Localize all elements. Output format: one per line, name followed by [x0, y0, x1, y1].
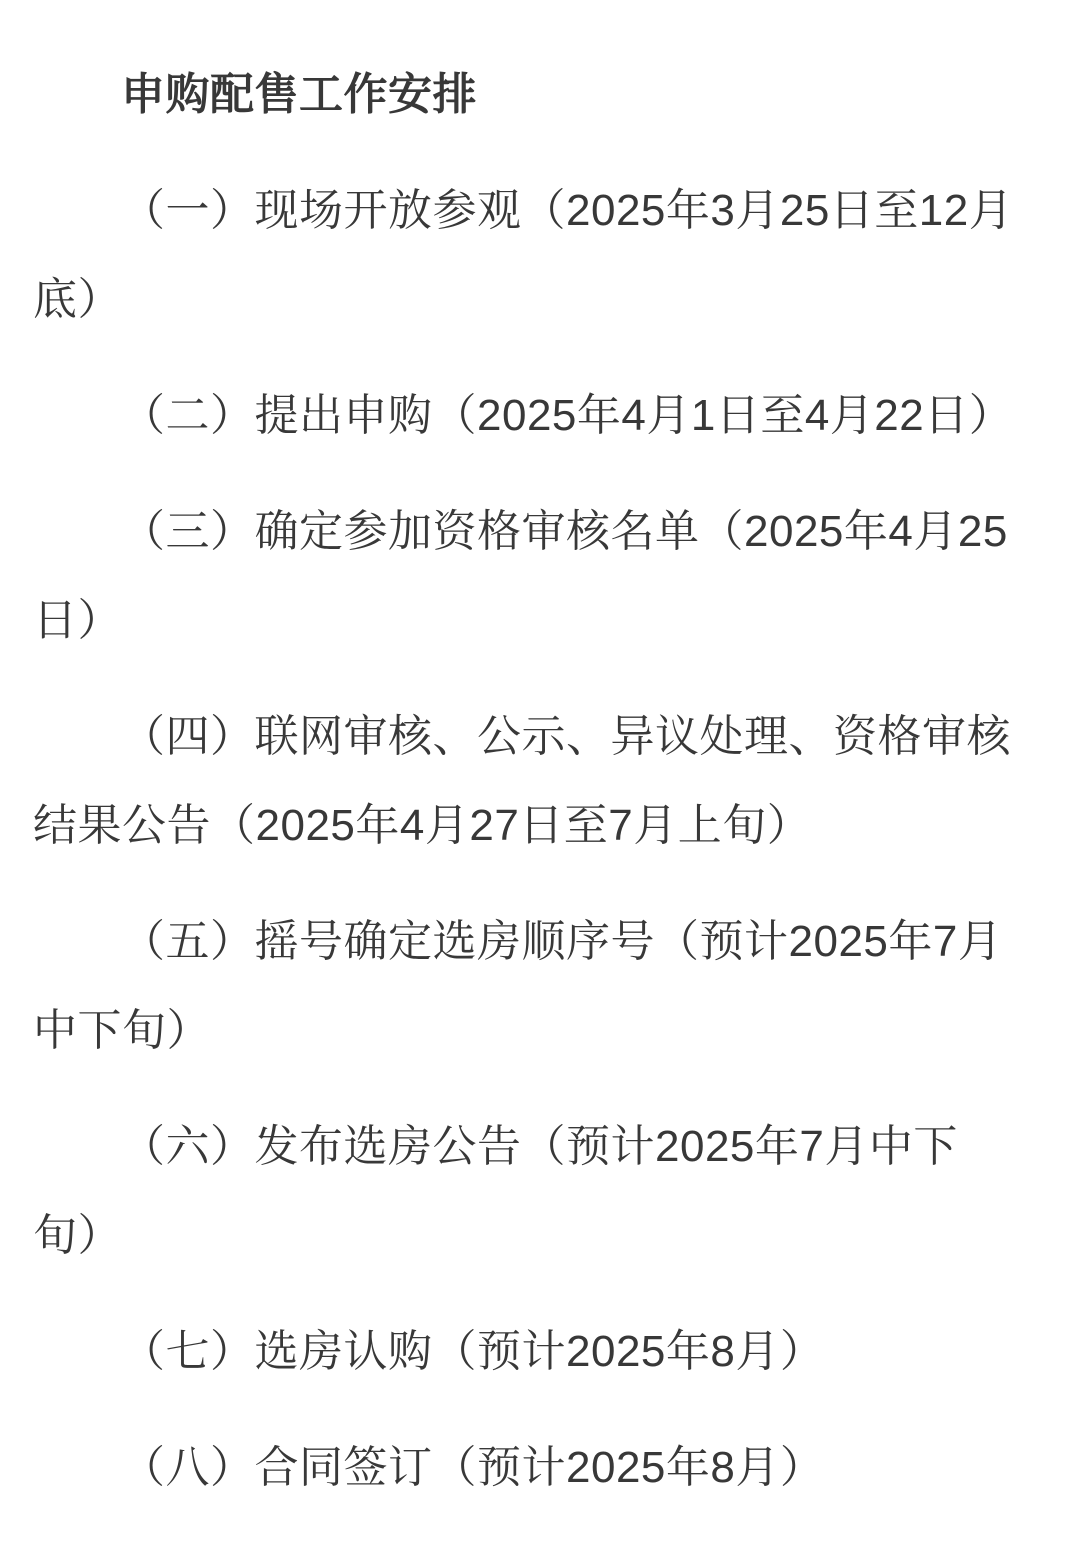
document-title: 申购配售工作安排 — [33, 50, 1047, 139]
schedule-item-6: （六）发布选房公告（预计2025年7月中下 旬） — [33, 1102, 1047, 1280]
article-page: 申购配售工作安排 （一）现场开放参观（2025年3月25日至12月 底） （二）… — [0, 0, 1080, 1546]
schedule-item-3: （三）确定参加资格审核名单（2025年4月25 日） — [33, 487, 1047, 665]
schedule-item-5: （五）摇号确定选房顺序号（预计2025年7月 中下旬） — [33, 897, 1047, 1075]
schedule-item-1: （一）现场开放参观（2025年3月25日至12月 底） — [33, 166, 1047, 344]
schedule-item-8: （八）合同签订（预计2025年8月） — [33, 1423, 1047, 1512]
schedule-item-2: （二）提出申购（2025年4月1日至4月22日） — [33, 371, 1047, 460]
schedule-item-4: （四）联网审核、公示、异议处理、资格审核 结果公告（2025年4月27日至7月上… — [33, 692, 1047, 870]
schedule-item-7: （七）选房认购（预计2025年8月） — [33, 1307, 1047, 1396]
